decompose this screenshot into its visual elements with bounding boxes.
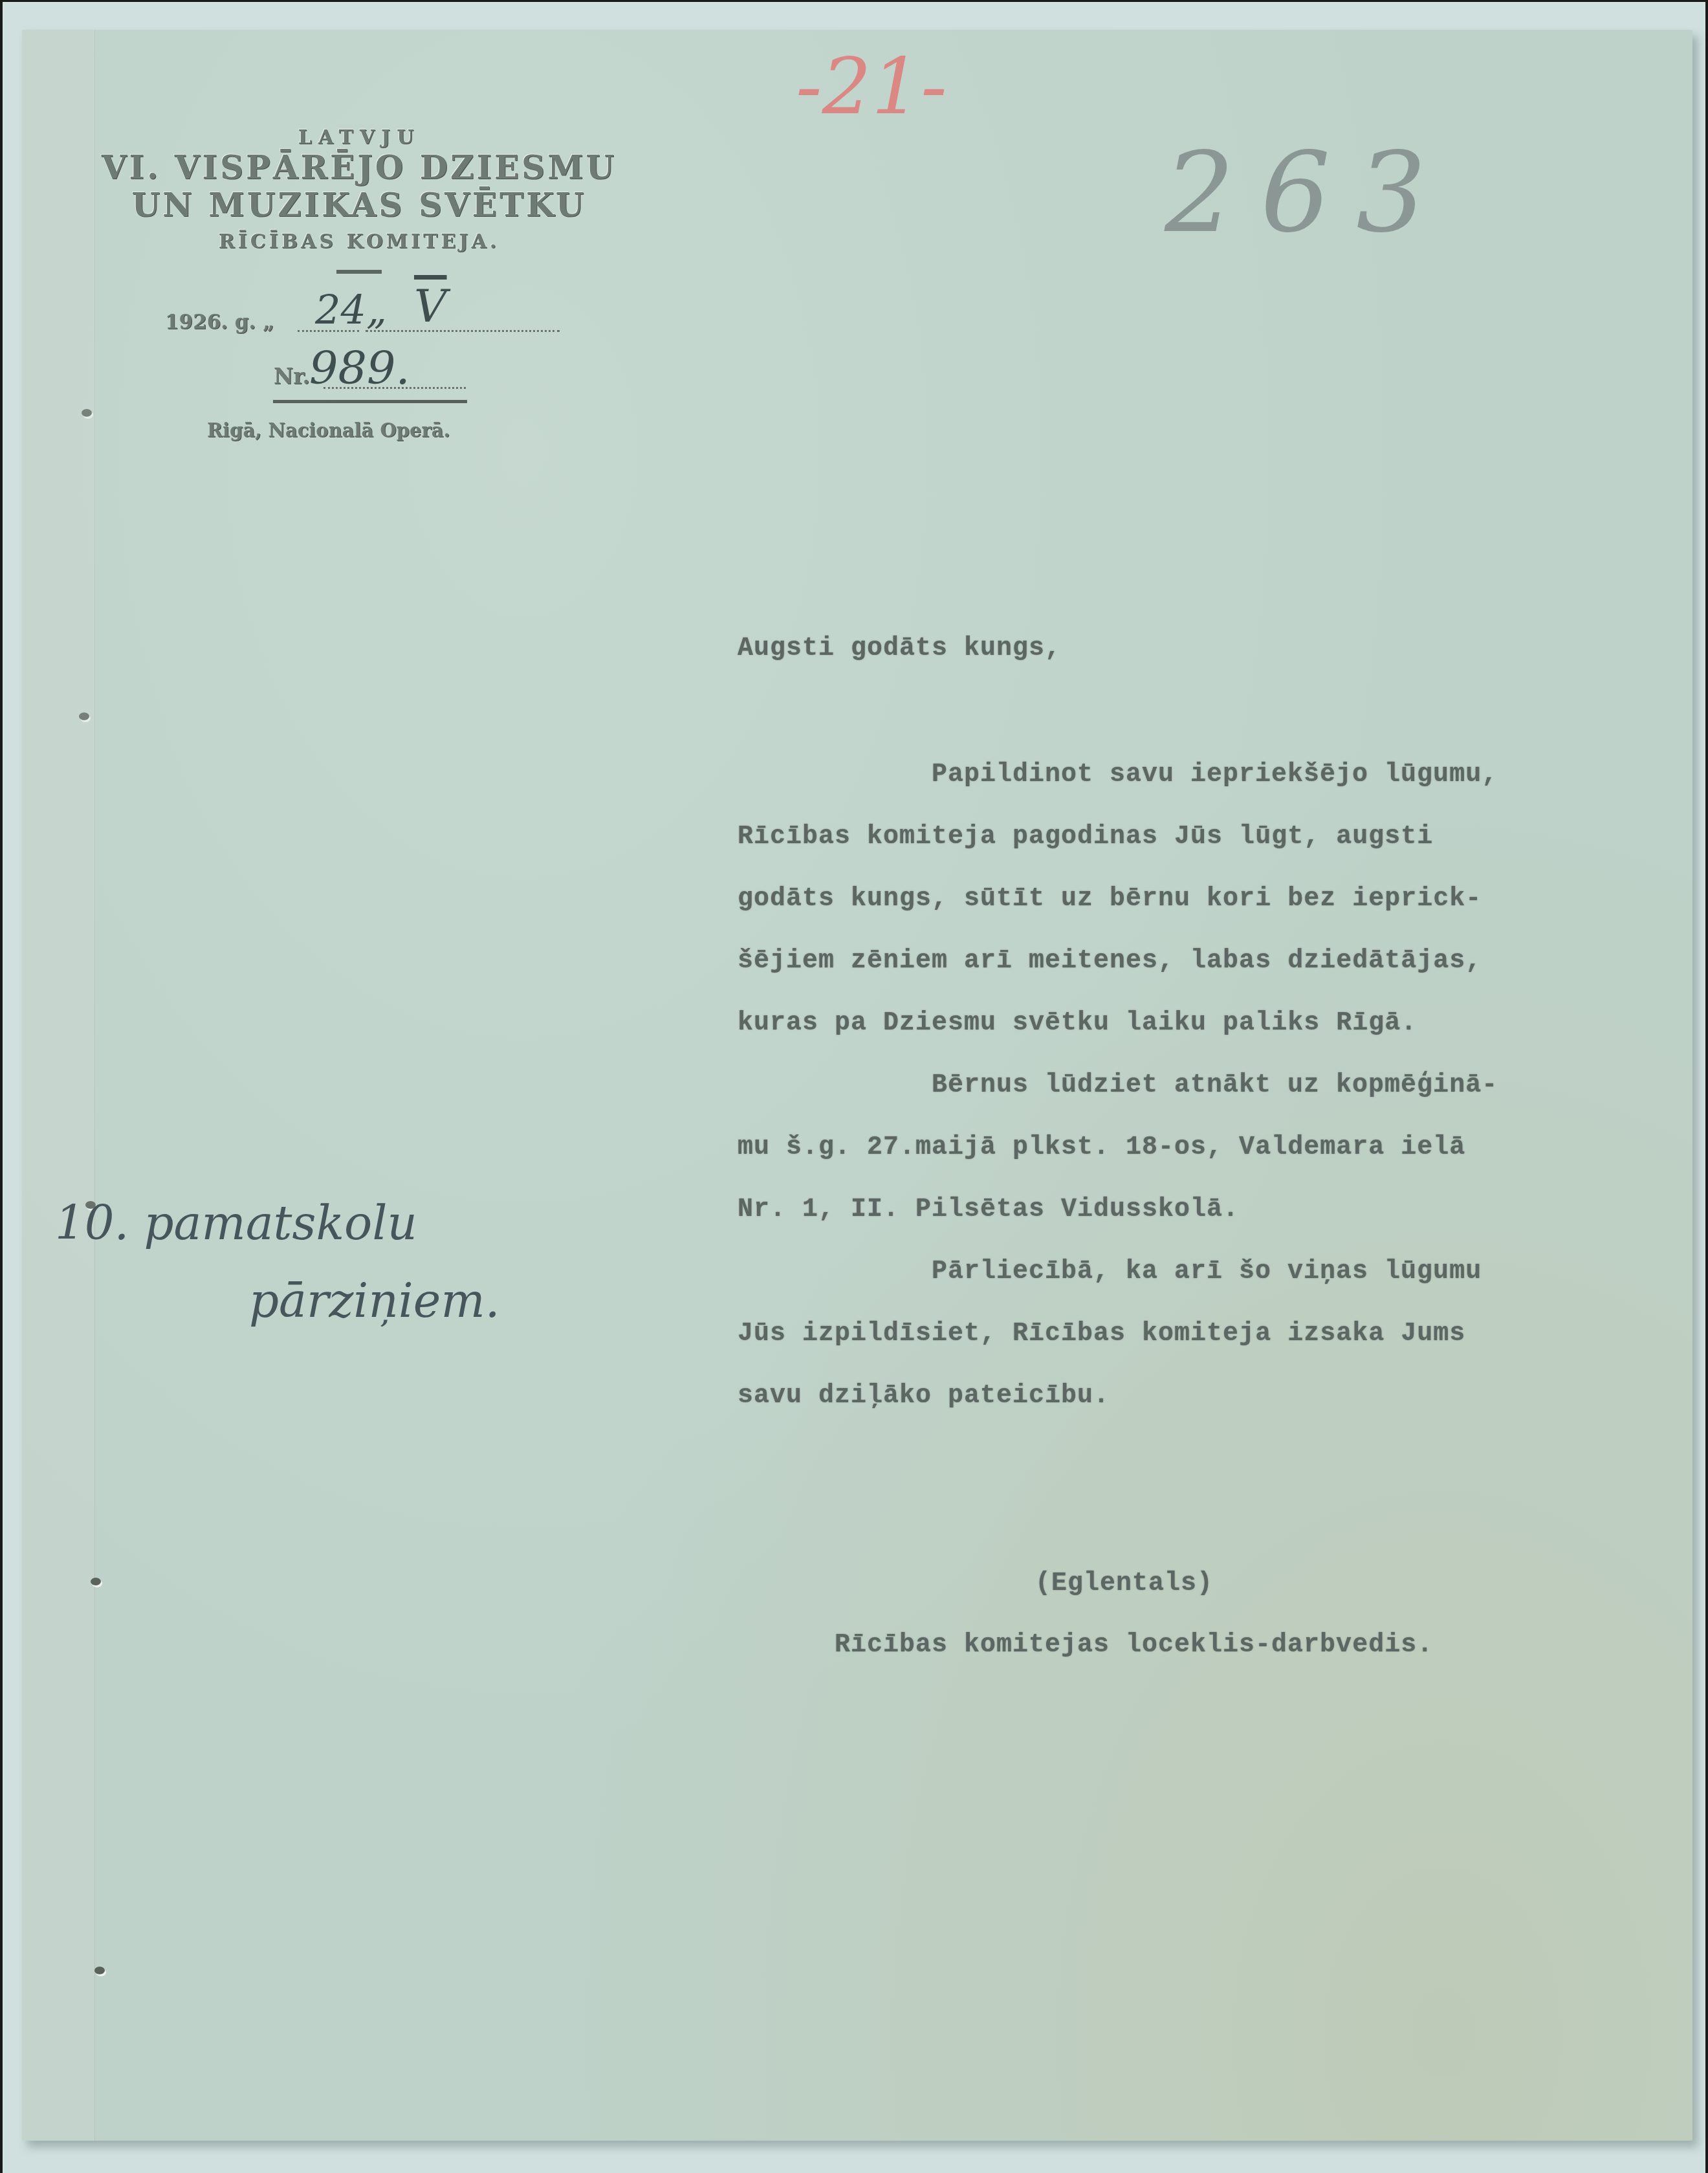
paragraph-3-line: savu dziļāko pateicību.: [738, 1365, 1656, 1428]
letterhead-divider: [336, 270, 382, 274]
paragraph-1-line: Rīcības komiteja pagodinas Jūs lūgt, aug…: [738, 806, 1656, 868]
salutation-text: Augsti godāts kungs,: [738, 618, 1656, 680]
letterhead-line-3: UN MUZIKAS SVĒTKU: [94, 186, 624, 224]
handwritten-month: V: [414, 280, 447, 333]
letterhead-line-1: LATVJU: [94, 126, 624, 149]
letterhead-line-4: RĪCĪBAS KOMITEJA.: [94, 230, 624, 253]
paragraph-2-line: mu š.g. 27.maijā plkst. 18-os, Valdemara…: [738, 1117, 1656, 1179]
signature-name-text: (Eglentals): [1035, 1553, 1213, 1615]
letter-body: Papildinot savu iepriekšējo lūgumu, Rīcī…: [738, 744, 1656, 1428]
letterhead-line-2: VI. VISPĀRĒJO DZIESMU: [94, 149, 624, 186]
punch-hole-icon: [91, 1578, 101, 1585]
signature-name: (Eglentals): [1035, 1553, 1213, 1615]
paragraph-3-line: Jūs izpildīsiet, Rīcības komiteja izsaka…: [738, 1303, 1656, 1365]
binding-fold: [22, 30, 95, 2141]
signature-title-text: Rīcības komitejas loceklis-darbvedis.: [835, 1615, 1433, 1677]
punch-hole-icon: [82, 409, 92, 417]
signature-title: Rīcības komitejas loceklis-darbvedis.: [835, 1615, 1433, 1677]
punch-hole-icon: [79, 712, 89, 720]
paragraph-1-line: kuras pa Dziesmu svētku laiku paliks Rīg…: [738, 993, 1656, 1055]
number-field: Nr.: [274, 364, 310, 389]
handwritten-day: 24„: [315, 286, 387, 333]
paragraph-1-line: šējiem zēniem arī meitenes, labas dziedā…: [738, 931, 1656, 993]
handwritten-margin-note: 10. pamatskolu pārziņiem.: [55, 1184, 500, 1340]
paragraph-3-line: Pārliecībā, ka arī šo viņas lūgumu: [738, 1241, 1656, 1303]
punch-hole-icon: [94, 1967, 105, 1974]
margin-note-line-1: 10. pamatskolu: [55, 1196, 417, 1250]
paragraph-2-line: Bērnus lūdziet atnākt uz kopmēģinā-: [738, 1055, 1656, 1117]
sender-location: Rigā, Nacionalā Operā.: [207, 419, 450, 441]
paragraph-1-line: Papildinot savu iepriekšējo lūgumu,: [738, 744, 1656, 806]
date-year-label: 1926. g. „: [165, 311, 274, 334]
margin-note-line-2: pārziņiem.: [55, 1262, 500, 1340]
paragraph-1-line: godāts kungs, sūtīt uz bērnu kori bez ie…: [738, 868, 1656, 931]
number-label: Nr.: [274, 364, 310, 389]
salutation: Augsti godāts kungs,: [738, 618, 1656, 680]
red-pencil-page-number: -21-: [796, 42, 947, 132]
date-month-dotted-line: [366, 330, 560, 332]
pencil-archive-number: 263: [1165, 129, 1452, 258]
letterhead: LATVJU VI. VISPĀRĒJO DZIESMU UN MUZIKAS …: [94, 126, 624, 274]
number-underline: [273, 400, 467, 403]
paragraph-2-line: Nr. 1, II. Pilsētas Vidusskolā.: [738, 1179, 1656, 1241]
handwritten-number: 989.: [309, 342, 410, 395]
